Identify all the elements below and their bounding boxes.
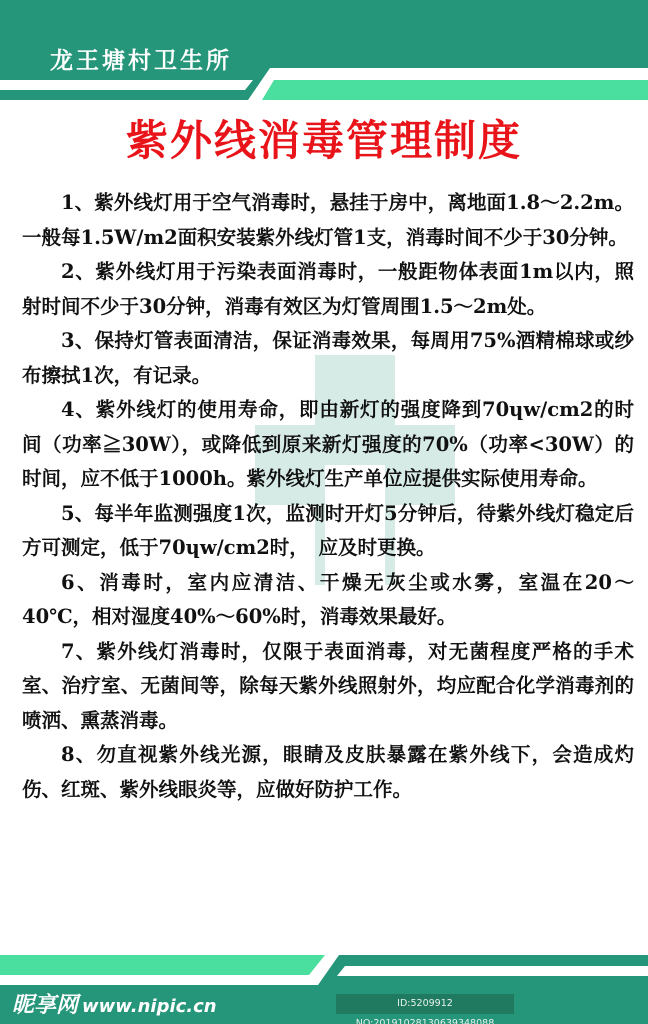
site-logo: 昵享网www.nipic.cn bbox=[12, 988, 217, 1019]
rule-item: 2、紫外线灯用于污染表面消毒时，一般距物体表面1m以内，照射时间不少于30分钟，… bbox=[22, 255, 634, 324]
rules-list: 1、紫外线灯用于空气消毒时，悬挂于房中，离地面1.8～2.2m。一般每1.5W/… bbox=[22, 186, 634, 807]
rule-item: 1、紫外线灯用于空气消毒时，悬挂于房中，离地面1.8～2.2m。一般每1.5W/… bbox=[22, 186, 634, 255]
logo-url: www.nipic.cn bbox=[82, 996, 217, 1017]
page-title: 紫外线消毒管理制度 bbox=[0, 108, 648, 168]
image-id-badge: ID:5209912 NO:20191028130639348088 bbox=[336, 994, 514, 1014]
header-banner: 龙王塘村卫生所 bbox=[0, 0, 648, 100]
organization-name: 龙王塘村卫生所 bbox=[50, 42, 232, 75]
rule-item: 8、勿直视紫外线光源，眼睛及皮肤暴露在紫外线下，会造成灼伤、红斑、紫外线眼炎等，… bbox=[22, 738, 634, 807]
rule-item: 5、每半年监测强度1次，监测时开灯5分钟后，待紫外线灯稳定后方可测定，低于70ɥ… bbox=[22, 497, 634, 566]
rule-item: 6、消毒时，室内应清洁、干燥无灰尘或水雾，室温在20～40℃，相对湿度40%～6… bbox=[22, 566, 634, 635]
footer-banner: 昵享网www.nipic.cn ID:5209912 NO:2019102813… bbox=[0, 955, 648, 1024]
rule-item: 7、紫外线灯消毒时，仅限于表面消毒，对无菌程度严格的手术室、治疗室、无菌间等，除… bbox=[22, 635, 634, 739]
rule-item: 3、保持灯管表面清洁，保证消毒效果，每周用75%酒精棉球或纱布擦拭1次，有记录。 bbox=[22, 324, 634, 393]
rule-item: 4、紫外线灯的使用寿命，即由新灯的强度降到70ɥw/cm2的时间（功率≧30W）… bbox=[22, 393, 634, 497]
logo-name: 昵享网 bbox=[12, 993, 78, 1018]
